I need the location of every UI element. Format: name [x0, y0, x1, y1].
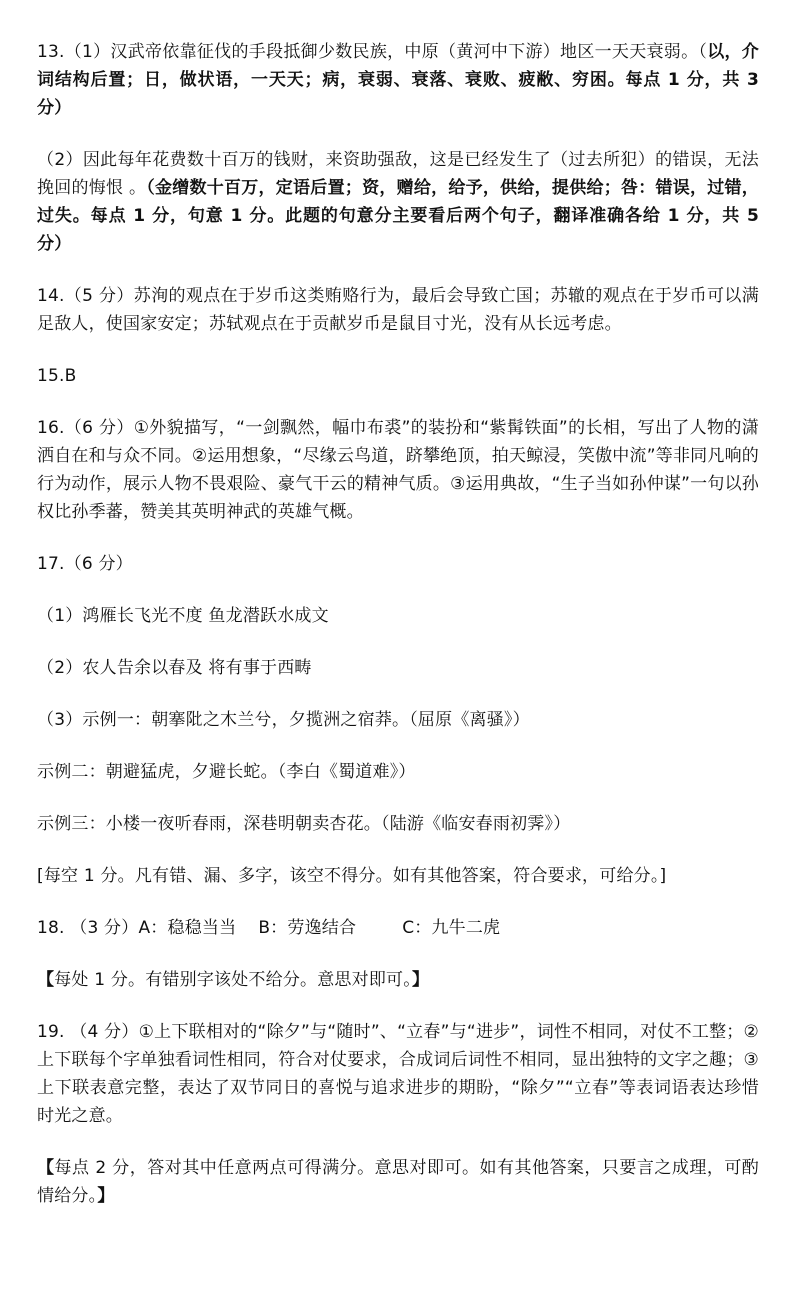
- q17-title: 17.（6 分）: [37, 550, 759, 578]
- q13-part1-translation: 13.（1）汉武帝依靠征伐的手段抵御少数民族，中原（黄河中下游）地区一天天衰弱。…: [37, 42, 707, 62]
- q18-answer: 18. （3 分）A：稳稳当当B：劳逸结合C：九牛二虎: [37, 914, 759, 942]
- q17-example-3: 示例三：小楼一夜听春雨，深巷明朝卖杏花。（陆游《临安春雨初霁》）: [37, 810, 759, 838]
- answer-key-page: 13.（1）汉武帝依靠征伐的手段抵御少数民族，中原（黄河中下游）地区一天天衰弱。…: [37, 38, 759, 1210]
- q17-item-2: （2）农人告余以春及 将有事于西畴: [37, 654, 759, 682]
- q19-scoring-note: 【每点 2 分，答对其中任意两点可得满分。意思对即可。如有其他答案，只要言之成理…: [37, 1154, 759, 1210]
- q18-answer-b: B：劳逸结合: [258, 918, 356, 938]
- q18-scoring-note: 【每处 1 分。有错别字该处不给分。意思对即可。】: [37, 966, 759, 994]
- q19-answer: 19. （4 分）①上下联相对的“除夕”与“随时”、“立春”与“进步”，词性不相…: [37, 1018, 759, 1130]
- q18-prefix: 18. （3 分）: [37, 918, 138, 938]
- q18-answer-c: C：九牛二虎: [402, 918, 500, 938]
- q13-part1: 13.（1）汉武帝依靠征伐的手段抵御少数民族，中原（黄河中下游）地区一天天衰弱。…: [37, 38, 759, 122]
- q15-answer: 15.B: [37, 362, 759, 390]
- q18-answer-a: A：稳稳当当: [138, 918, 236, 938]
- q17-example-2: 示例二：朝避猛虎，夕避长蛇。（李白《蜀道难》）: [37, 758, 759, 786]
- q17-item-1: （1）鸿雁长飞光不度 鱼龙潜跃水成文: [37, 602, 759, 630]
- q17-scoring-note: [每空 1 分。凡有错、漏、多字，该空不得分。如有其他答案，符合要求，可给分。]: [37, 862, 759, 890]
- q13-part2: （2）因此每年花费数十百万的钱财，来资助强敌，这是已经发生了（过去所犯）的错误，…: [37, 146, 759, 258]
- q17-item-3: （3）示例一：朝搴阰之木兰兮，夕揽洲之宿莽。（屈原《离骚》）: [37, 706, 759, 734]
- q13-part2-scoring-note: （金缯数十百万，定语后置；资，赠给，给予，供给，提供给；咎：错误，过错，过失。每…: [37, 178, 759, 254]
- q14-answer: 14.（5 分）苏洵的观点在于岁币这类贿赂行为，最后会导致亡国；苏辙的观点在于岁…: [37, 282, 759, 338]
- q16-answer: 16.（6 分）①外貌描写，“一剑飘然，幅巾布裘”的装扮和“紫髯铁面”的长相，写…: [37, 414, 759, 526]
